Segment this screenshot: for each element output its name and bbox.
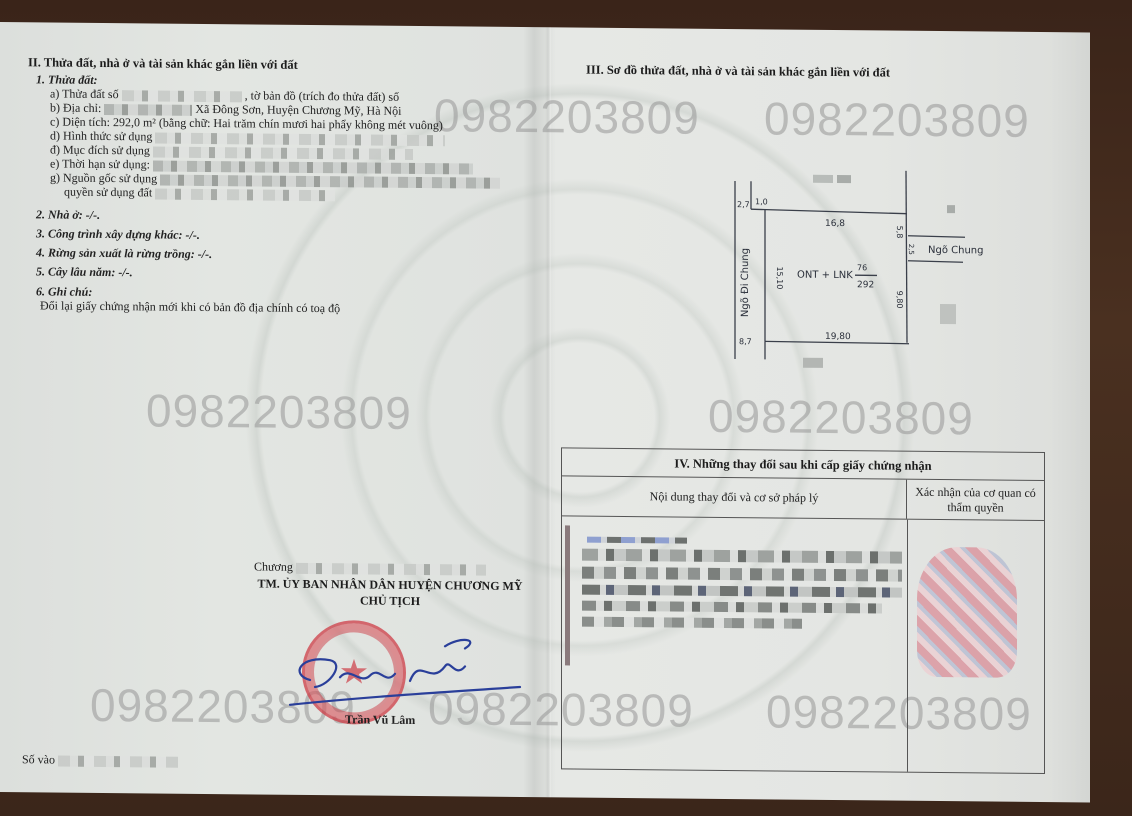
column-header-content: Nội dung thay đổi và cơ sở pháp lý [562, 476, 907, 518]
land-item-origin-cont: quyền sử dụng đất [64, 185, 335, 203]
sign-organization: TM. ỦY BAN NHÂN DÂN HUYỆN CHƯƠNG MỸ [230, 576, 550, 594]
svg-text:2,7: 2,7 [737, 200, 750, 209]
section-iii-title: III. Sơ đồ thửa đất, nhà ở và tài sản kh… [586, 63, 890, 81]
sign-role: CHỦ TỊCH [230, 592, 550, 610]
signature-block: Chương TM. ỦY BAN NHÂN DÂN HUYỆN CHƯƠNG … [230, 559, 550, 610]
land-heading: 1. Thửa đất: [36, 72, 98, 88]
sign-place: Chương [230, 559, 550, 577]
svg-text:5,8: 5,8 [895, 226, 904, 239]
svg-text:2,5: 2,5 [907, 244, 915, 255]
svg-text:15,10: 15,10 [775, 266, 784, 289]
watermark: 0982203809 [764, 91, 1030, 148]
svg-text:ONT + LNK: ONT + LNK [797, 270, 853, 282]
redacted-text [582, 601, 882, 614]
svg-text:1,0: 1,0 [755, 197, 768, 206]
watermark: 0982203809 [434, 88, 700, 145]
item-house: 2. Nhà ở: -/-. [36, 207, 100, 223]
svg-text:8,7: 8,7 [739, 337, 752, 346]
svg-text:Ngõ Chung: Ngõ Chung [928, 245, 983, 257]
section-ii-title: II. Thửa đất, nhà ở và tài sản khác gắn … [28, 55, 298, 73]
item-planted-forest: 4. Rừng sản xuất là rừng trồng: -/-. [36, 245, 212, 262]
watermark: 0982203809 [146, 383, 412, 440]
land-parcel-diagram: 2,7 1,0 16,8 5,8 2,5 Ngõ Chung 9,80 15,1… [720, 169, 1010, 372]
svg-text:76: 76 [857, 263, 867, 272]
redacted-text [587, 537, 687, 544]
changes-table: IV. Những thay đổi sau khi cấp giấy chứn… [561, 447, 1045, 774]
item-other-construction: 3. Công trình xây dựng khác: -/-. [36, 226, 200, 243]
column-header-confirmation: Xác nhận của cơ quan có thẩm quyền [907, 480, 1044, 520]
svg-text:Ngõ Đi Chung: Ngõ Đi Chung [740, 248, 751, 317]
redacted-text [582, 549, 902, 564]
item-perennial-trees: 5. Cây lâu năm: -/-. [36, 264, 133, 280]
handwritten-signature [270, 625, 530, 717]
redacted-text [582, 617, 802, 629]
changes-table-header: Nội dung thay đổi và cơ sở pháp lý Xác n… [562, 476, 1044, 521]
redacted-text [582, 585, 902, 598]
watermark: 0982203809 [708, 389, 974, 446]
svg-text:16,8: 16,8 [825, 219, 845, 229]
redacted-text [582, 567, 902, 582]
svg-text:9,80: 9,80 [895, 291, 904, 309]
redacted-stamp [917, 547, 1017, 678]
signer-name: Trần Vũ Lâm [345, 712, 415, 728]
book-number: Số vào [22, 752, 178, 768]
svg-text:292: 292 [857, 280, 874, 290]
note-text: Đổi lại giấy chứng nhận mới khi có bản đ… [40, 298, 340, 316]
svg-text:19,80: 19,80 [825, 332, 851, 342]
certificate-paper: 0982203809 0982203809 0982203809 0982203… [0, 22, 1090, 802]
